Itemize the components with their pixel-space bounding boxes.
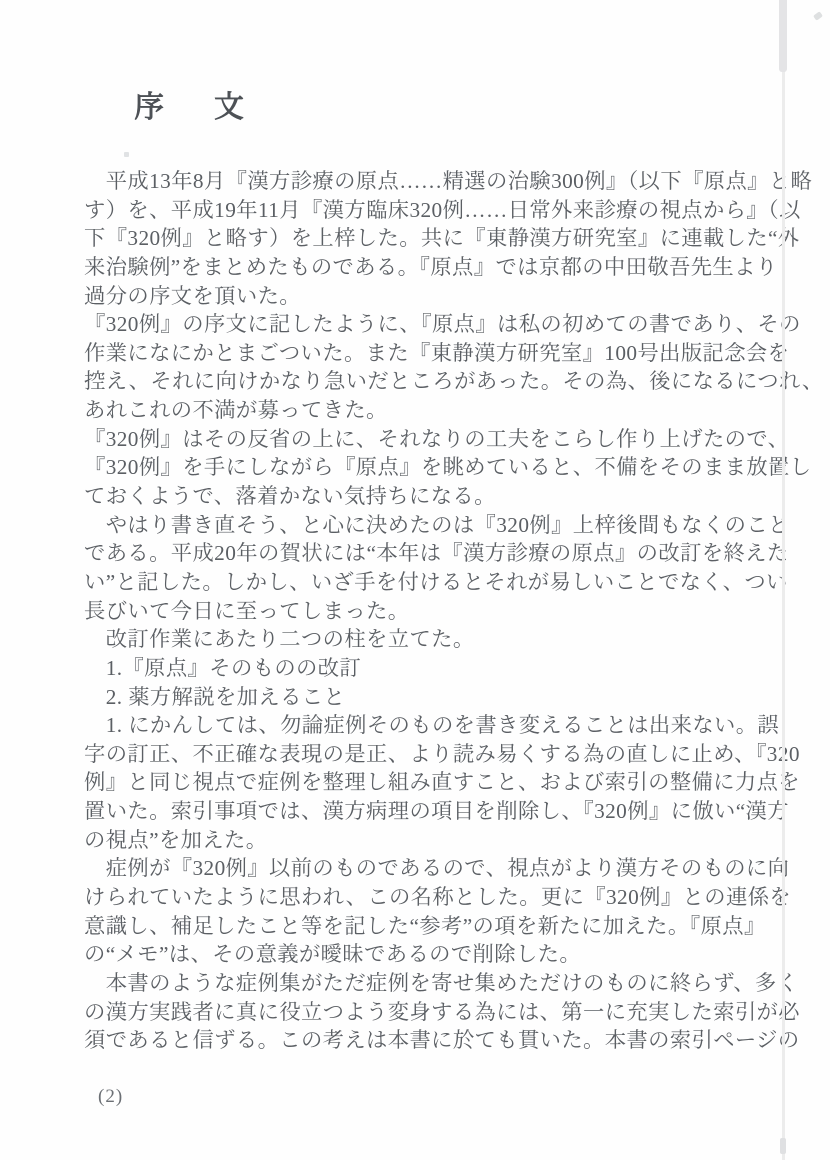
scanned-book-page: 序 文 平成13年8月『漢方診療の原点……精選の治験300例』（以下『原点』と略… bbox=[0, 0, 830, 1160]
text-line: 下『320例』と略す）を上梓した。共に『東静漢方研究室』に連載した“外 bbox=[84, 224, 774, 253]
text-line: 1. にかんしては、勿論症例そのものを書き変えることは出来ない。誤 bbox=[84, 711, 774, 740]
text-line: す）を、平成19年11月『漢方臨床320例……日常外来診療の視点から』（以 bbox=[84, 196, 774, 225]
text-line: である。平成20年の賀状には“本年は『漢方診療の原点』の改訂を終えた bbox=[84, 539, 774, 568]
text-line: 『320例』を手にしながら『原点』を眺めていると、不備をそのまま放置し bbox=[84, 453, 774, 482]
text-line: の漢方実践者に真に役立つよう変身する為には、第一に充実した索引が必 bbox=[84, 998, 774, 1027]
text-line: 長びいて今日に至ってしまった。 bbox=[84, 597, 774, 626]
text-line: 『320例』の序文に記したように、『原点』は私の初めての書であり、その bbox=[84, 310, 774, 339]
scan-speck-bottom bbox=[780, 1138, 786, 1154]
page-title: 序 文 bbox=[134, 82, 254, 126]
text-line: あれこれの不満が募ってきた。 bbox=[84, 396, 774, 425]
text-line: 本書のような症例集がただ症例を寄せ集めただけのものに終らず、多く bbox=[84, 969, 774, 998]
text-line: の“メモ”は、その意義が曖昧であるので削除した。 bbox=[84, 940, 774, 969]
text-line: 2. 薬方解説を加えること bbox=[84, 683, 774, 712]
scan-speck-left bbox=[124, 152, 129, 157]
text-line: 改訂作業にあたり二つの柱を立てた。 bbox=[84, 625, 774, 654]
text-line: 須であると信ずる。この考えは本書に於ても貫いた。本書の索引ページの bbox=[84, 1026, 774, 1055]
text-line: 来治験例”をまとめたものである。『原点』では京都の中田敬吾先生より bbox=[84, 253, 774, 282]
text-line: 作業になにかとまごついた。また『東静漢方研究室』100号出版記念会を bbox=[84, 339, 774, 368]
text-line: の視点”を加えた。 bbox=[84, 826, 774, 855]
scan-fold-line-top bbox=[779, 0, 787, 72]
page-number: (2) bbox=[98, 1086, 123, 1108]
text-line: い”と記した。しかし、いざ手を付けるとそれが易しいことでなく、つい bbox=[84, 568, 774, 597]
scan-fold-line bbox=[782, 0, 785, 1160]
preface-body: 平成13年8月『漢方診療の原点……精選の治験300例』（以下『原点』と略 す）を… bbox=[84, 167, 774, 1055]
text-line: ておくようで、落着かない気持ちになる。 bbox=[84, 482, 774, 511]
text-line: 字の訂正、不正確な表現の是正、より読み易くする為の直しに止め、『320 bbox=[84, 740, 774, 769]
text-line: やはり書き直そう、と心に決めたのは『320例』上梓後間もなくのこと bbox=[84, 511, 774, 540]
text-line: けられていたように思われ、この名称とした。更に『320例』との連係を bbox=[84, 883, 774, 912]
text-line: 過分の序文を頂いた。 bbox=[84, 282, 774, 311]
text-line: 控え、それに向けかなり急いだところがあった。その為、後になるにつれ、 bbox=[84, 367, 774, 396]
text-line: 例』と同じ視点で症例を整理し組み直すこと、および索引の整備に力点を bbox=[84, 768, 774, 797]
text-line: 平成13年8月『漢方診療の原点……精選の治験300例』（以下『原点』と略 bbox=[84, 167, 774, 196]
text-line: 置いた。索引事項では、漢方病理の項目を削除し、『320例』に倣い“漢方 bbox=[84, 797, 774, 826]
text-line: 1.『原点』そのものの改訂 bbox=[84, 654, 774, 683]
text-line: 『320例』はその反省の上に、それなりの工夫をこらし作り上げたので、 bbox=[84, 425, 774, 454]
text-line: 症例が『320例』以前のものであるので、視点がより漢方そのものに向 bbox=[84, 854, 774, 883]
text-line: 意識し、補足したこと等を記した“参考”の項を新たに加えた。『原点』 bbox=[84, 912, 774, 941]
scan-speck-top-right bbox=[813, 11, 823, 21]
